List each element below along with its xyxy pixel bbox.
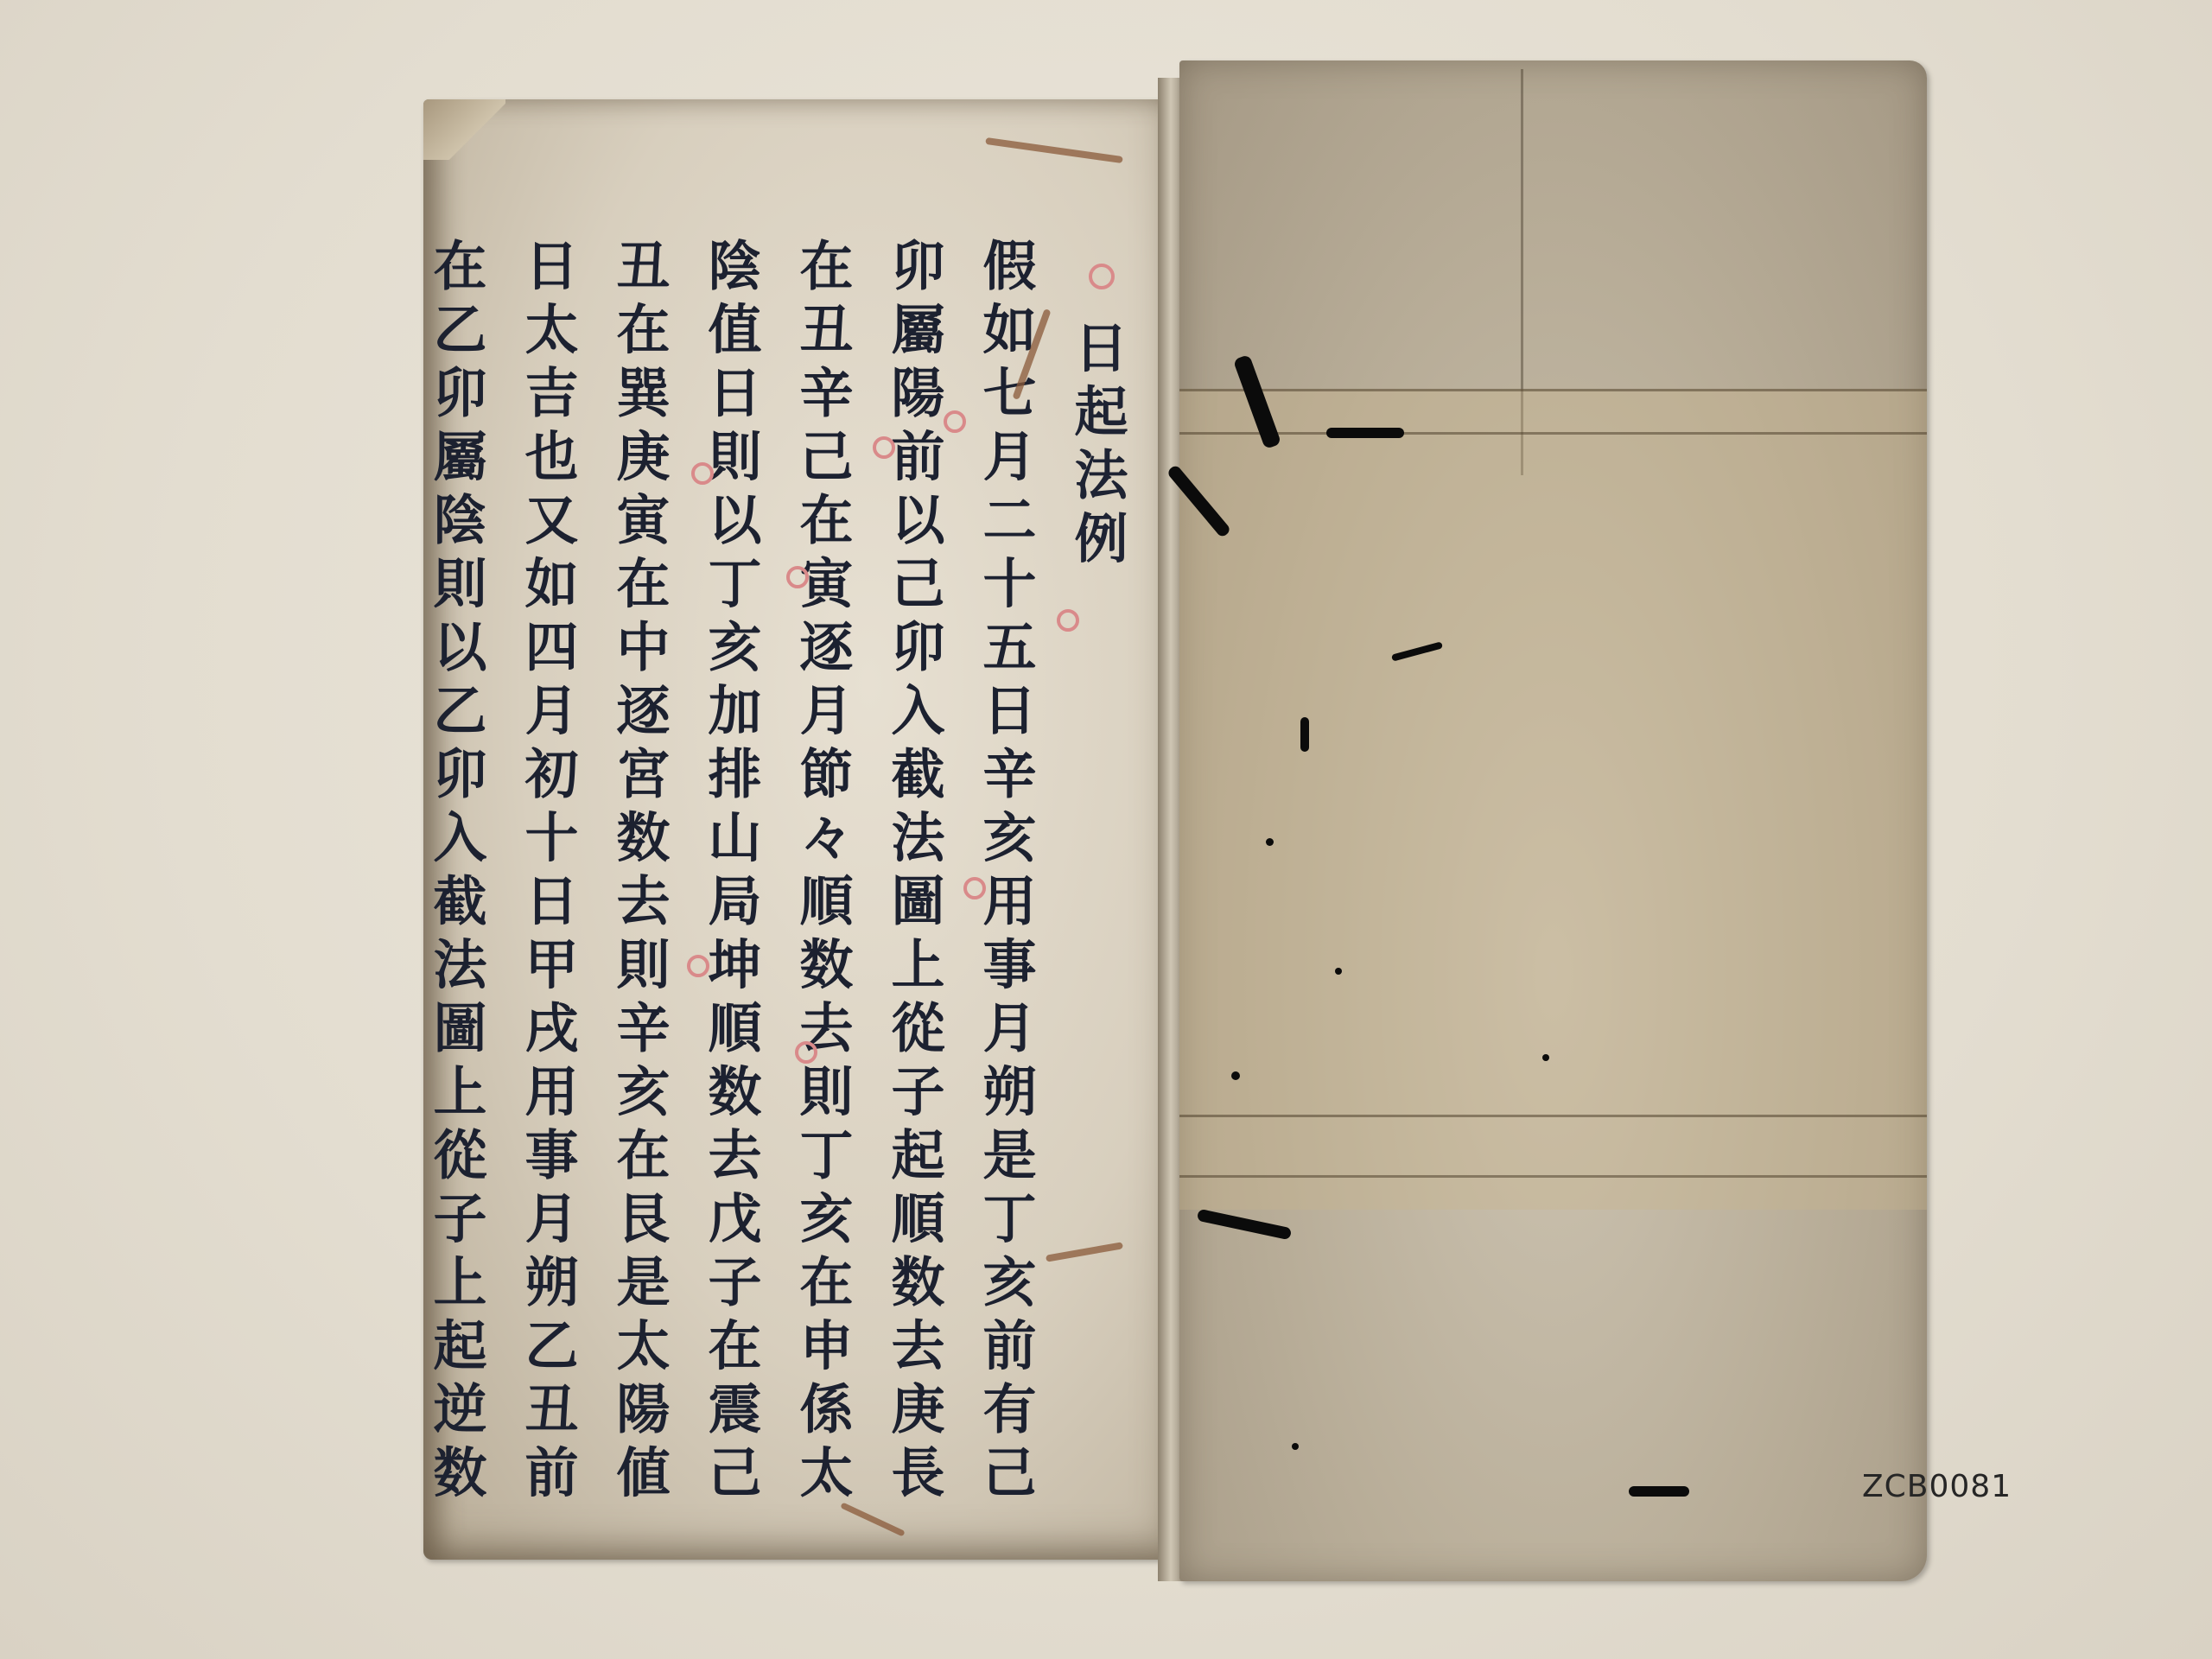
vertical-text-block: 日起法例 假如七月二十五日辛亥用事月朔是丁亥前有己 卯屬陽前以己卯入截法圖上從子… [423, 238, 1123, 1534]
punctuation-mark [1057, 609, 1079, 632]
punctuation-mark [691, 462, 714, 485]
folded-corner [423, 99, 505, 160]
insect-hole [1197, 1209, 1293, 1241]
insect-hole [1300, 717, 1309, 752]
text-column-5: 丑在巽庚寅在中逐宮数去則辛亥在艮是太陽値 [607, 238, 665, 1534]
punctuation-mark [944, 410, 966, 433]
fold-line [1179, 432, 1927, 435]
worm-damage [985, 137, 1123, 163]
fold-line [1179, 1115, 1927, 1117]
catalog-stamp: ZCB0081 [1862, 1469, 2012, 1504]
open-booklet: 日起法例 假如七月二十五日辛亥用事月朔是丁亥前有己 卯屬陽前以己卯入截法圖上從子… [423, 60, 1927, 1599]
left-page-manuscript: 日起法例 假如七月二十五日辛亥用事月朔是丁亥前有己 卯屬陽前以己卯入截法圖上從子… [423, 99, 1166, 1560]
punctuation-mark [963, 877, 986, 899]
right-page-cover [1179, 60, 1927, 1581]
punctuation-mark [786, 566, 809, 588]
title-circle-mark [1089, 264, 1115, 289]
fold-line [1179, 1175, 1927, 1178]
text-column-2: 卯屬陽前以己卯入截法圖上從子起順数去庚長 [881, 238, 940, 1534]
punctuation-mark [687, 955, 709, 977]
text-column-6: 日太吉也又如四月初十日甲戌用事月朔乙丑前 [515, 238, 574, 1534]
insect-hole [1266, 838, 1274, 846]
fold-line [1179, 389, 1927, 391]
text-column-3: 在丑辛己在寅逐月節々順数去則丁亥在申係太 [790, 238, 849, 1534]
section-title: 日起法例 [1065, 238, 1123, 1534]
repair-tape [1179, 389, 1927, 1210]
punctuation-mark [873, 436, 895, 459]
punctuation-mark [795, 1041, 817, 1064]
insect-hole [1326, 428, 1404, 438]
insect-hole [1629, 1486, 1689, 1497]
insect-hole [1542, 1054, 1549, 1061]
insect-hole [1231, 1071, 1240, 1080]
insect-hole [1335, 968, 1342, 975]
text-column-4: 陰值日則以丁亥加排山局坤順数去戊子在震己 [698, 238, 757, 1534]
text-column-7: 在乙卯屬陰則以乙卯入截法圖上從子上起逆数 [423, 238, 482, 1534]
insect-hole [1292, 1443, 1299, 1450]
